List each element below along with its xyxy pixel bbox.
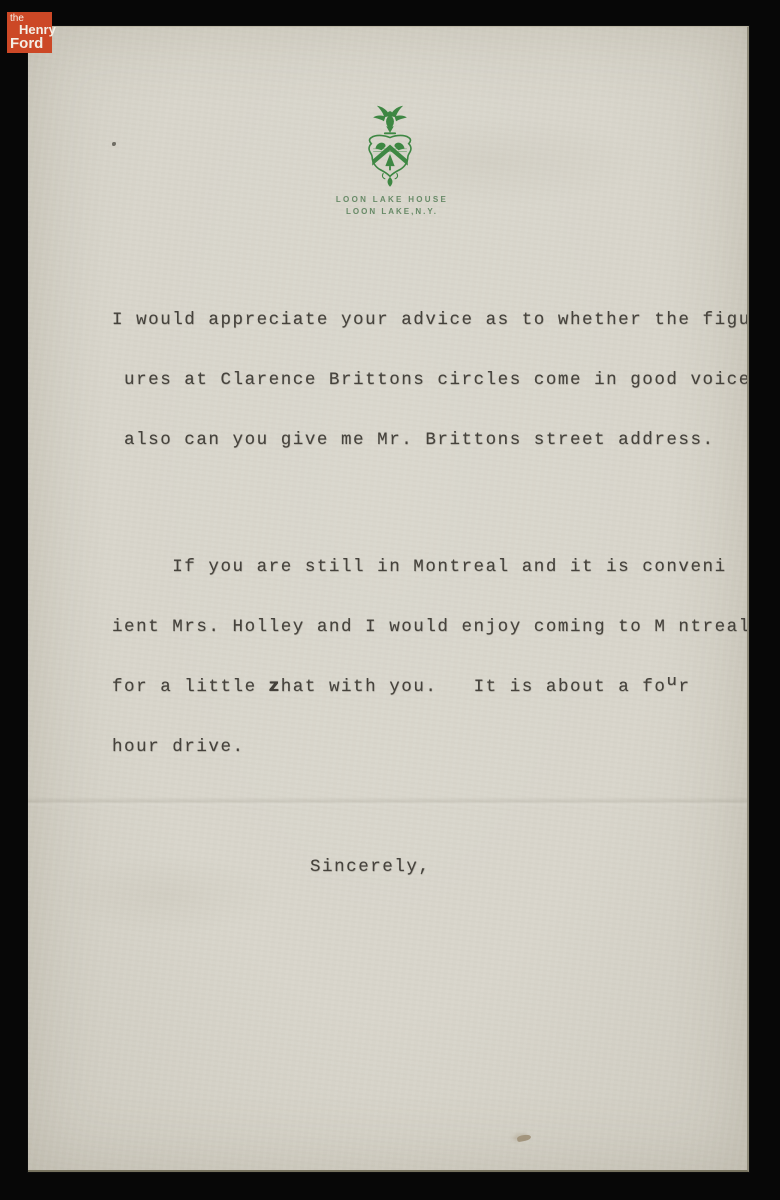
body-line: also can you give me Mr. Brittons street… <box>112 430 748 450</box>
paragraph-gap <box>112 490 748 517</box>
letter-body: I would appreciate your advice as to whe… <box>112 270 748 917</box>
body-line: ient Mrs. Holley and I would enjoy comin… <box>112 617 748 637</box>
paper-crease <box>28 797 747 807</box>
letterhead-name: LOON LAKE HOUSE <box>292 195 492 204</box>
henry-ford-logo: the Henry Ford <box>7 12 52 53</box>
body-line: I would appreciate your advice as to whe… <box>112 310 748 330</box>
body-line-segment: hat with you. It is about a fo <box>281 677 667 697</box>
letterhead: LOON LAKE HOUSE LOON LAKE,N.Y. <box>292 195 492 216</box>
body-line: hour drive. <box>112 737 748 757</box>
body-line: ures at Clarence Brittons circles come i… <box>112 370 748 390</box>
overstruck-character: z <box>269 677 281 697</box>
paper-stain <box>517 1134 532 1143</box>
closing-line: Sincerely, <box>112 857 748 877</box>
raised-character: u <box>666 677 678 691</box>
letter-page: LOON LAKE HOUSE LOON LAKE,N.Y. I would a… <box>28 26 749 1172</box>
scan-background: LOON LAKE HOUSE LOON LAKE,N.Y. I would a… <box>0 0 780 1200</box>
body-line-segment: r <box>678 677 690 697</box>
ink-speck <box>112 142 116 146</box>
loon-lake-house-crest-icon <box>361 101 419 191</box>
letterhead-location: LOON LAKE,N.Y. <box>292 207 492 216</box>
body-line-segment: for a little <box>112 677 269 697</box>
body-line: If you are still in Montreal and it is c… <box>112 557 748 577</box>
logo-text-ford: Ford <box>10 36 43 51</box>
body-line-with-typos: for a little zhat with you. It is about … <box>112 677 748 697</box>
